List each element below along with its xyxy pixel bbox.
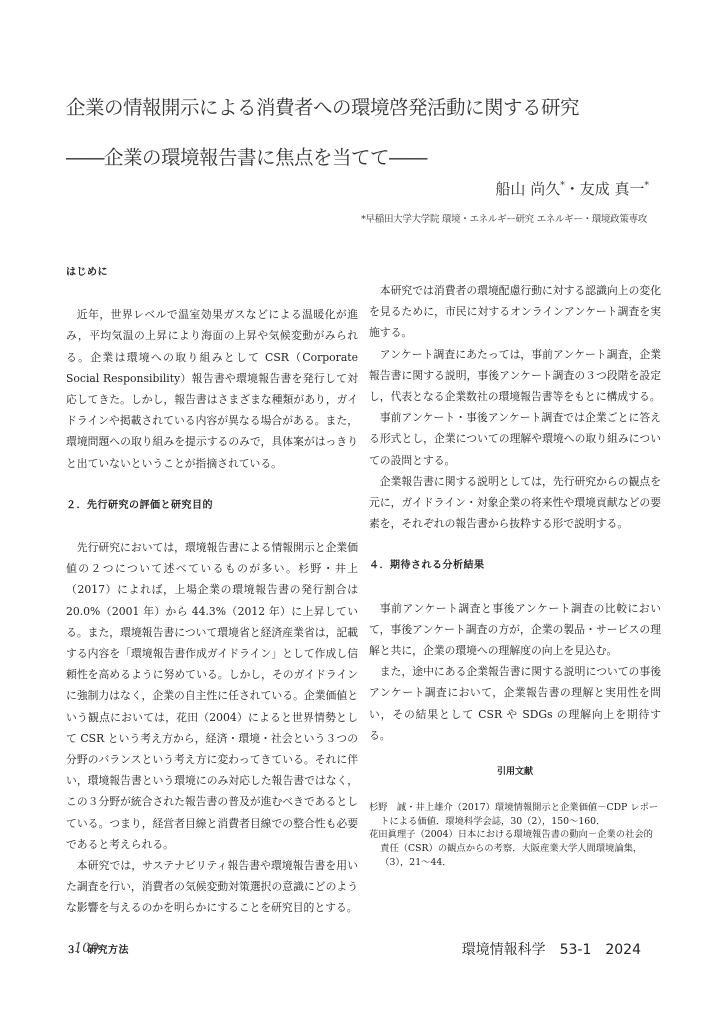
reference-item: 杉野 誠・井上雄介（2017）環境情報開示と企業価値－CDP レポートによる価値… [369, 801, 661, 828]
paragraph: アンケート調査にあたっては，事前アンケート調査，企業報告書に関する説明，事後アン… [369, 344, 661, 408]
paragraph: 先行研究においては，環境報告書による情報開示と企業価値の２つについて述べているも… [66, 537, 358, 855]
author-name: 船山 尚久 [495, 180, 560, 198]
paragraph: 本研究では消費者の環境配慮行動に対する認識向上の変化を見るために，市民に対するオ… [369, 280, 661, 344]
paper-subtitle: ――企業の環境報告書に焦点を当てて―― [66, 142, 427, 170]
reference-list: 杉野 誠・井上雄介（2017）環境情報開示と企業価値－CDP レポートによる価値… [369, 801, 661, 869]
references-heading: 引用文献 [369, 762, 661, 783]
author-separator: ・ [565, 180, 580, 198]
paragraph: 事前アンケート調査と事後アンケート調査の比較において，事後アンケート調査の方が，… [369, 598, 661, 662]
author-name: 友成 真一 [580, 180, 645, 198]
page-number: 100 [74, 941, 99, 956]
reference-item: 花田眞理子（2004）日本における環境報告書の動向－企業の社会的責任（CSR）の… [369, 828, 661, 869]
paper-title: 企業の情報開示による消費者への環境啓発活動に関する研究 [66, 92, 579, 120]
left-column: はじめに 近年，世界レベルで温室効果ガスなどによる温暖化が進み，平均気温の上昇に… [66, 262, 358, 961]
author-mark: * [645, 181, 650, 191]
section-heading-2: ２．先行研究の評価と研究目的 [66, 495, 358, 516]
section-heading-3: ３．研究方法 [66, 940, 358, 961]
section-heading-4: ４．期待される分析結果 [369, 555, 661, 576]
affiliation: *早稲田大学大学院 環境・エネルギー研究 エネルギー・環境政策専攻 [361, 211, 647, 225]
paragraph: 事前アンケート・事後アンケート調査では企業ごとに答える形式とし，企業についての理… [369, 407, 661, 471]
author-list: 船山 尚久*・友成 真一* [495, 178, 649, 199]
section-heading-intro: はじめに [66, 262, 358, 283]
journal-info: 環境情報科学 53-1 2024 [462, 939, 641, 959]
paragraph: また，途中にある企業報告書に関する説明についての事後アンケート調査において，企業… [369, 661, 661, 746]
right-column: 本研究では消費者の環境配慮行動に対する認識向上の変化を見るために，市民に対するオ… [369, 280, 661, 869]
paragraph: 近年，世界レベルで温室効果ガスなどによる温暖化が進み，平均気温の上昇により海面の… [66, 304, 358, 474]
paragraph: 本研究では，サステナビリティ報告書や環境報告書を用いた調査を行い，消費者の気候変… [66, 855, 358, 919]
paragraph: 企業報告書に関する説明としては，先行研究からの観点を元に，ガイドライン・対象企業… [369, 471, 661, 535]
